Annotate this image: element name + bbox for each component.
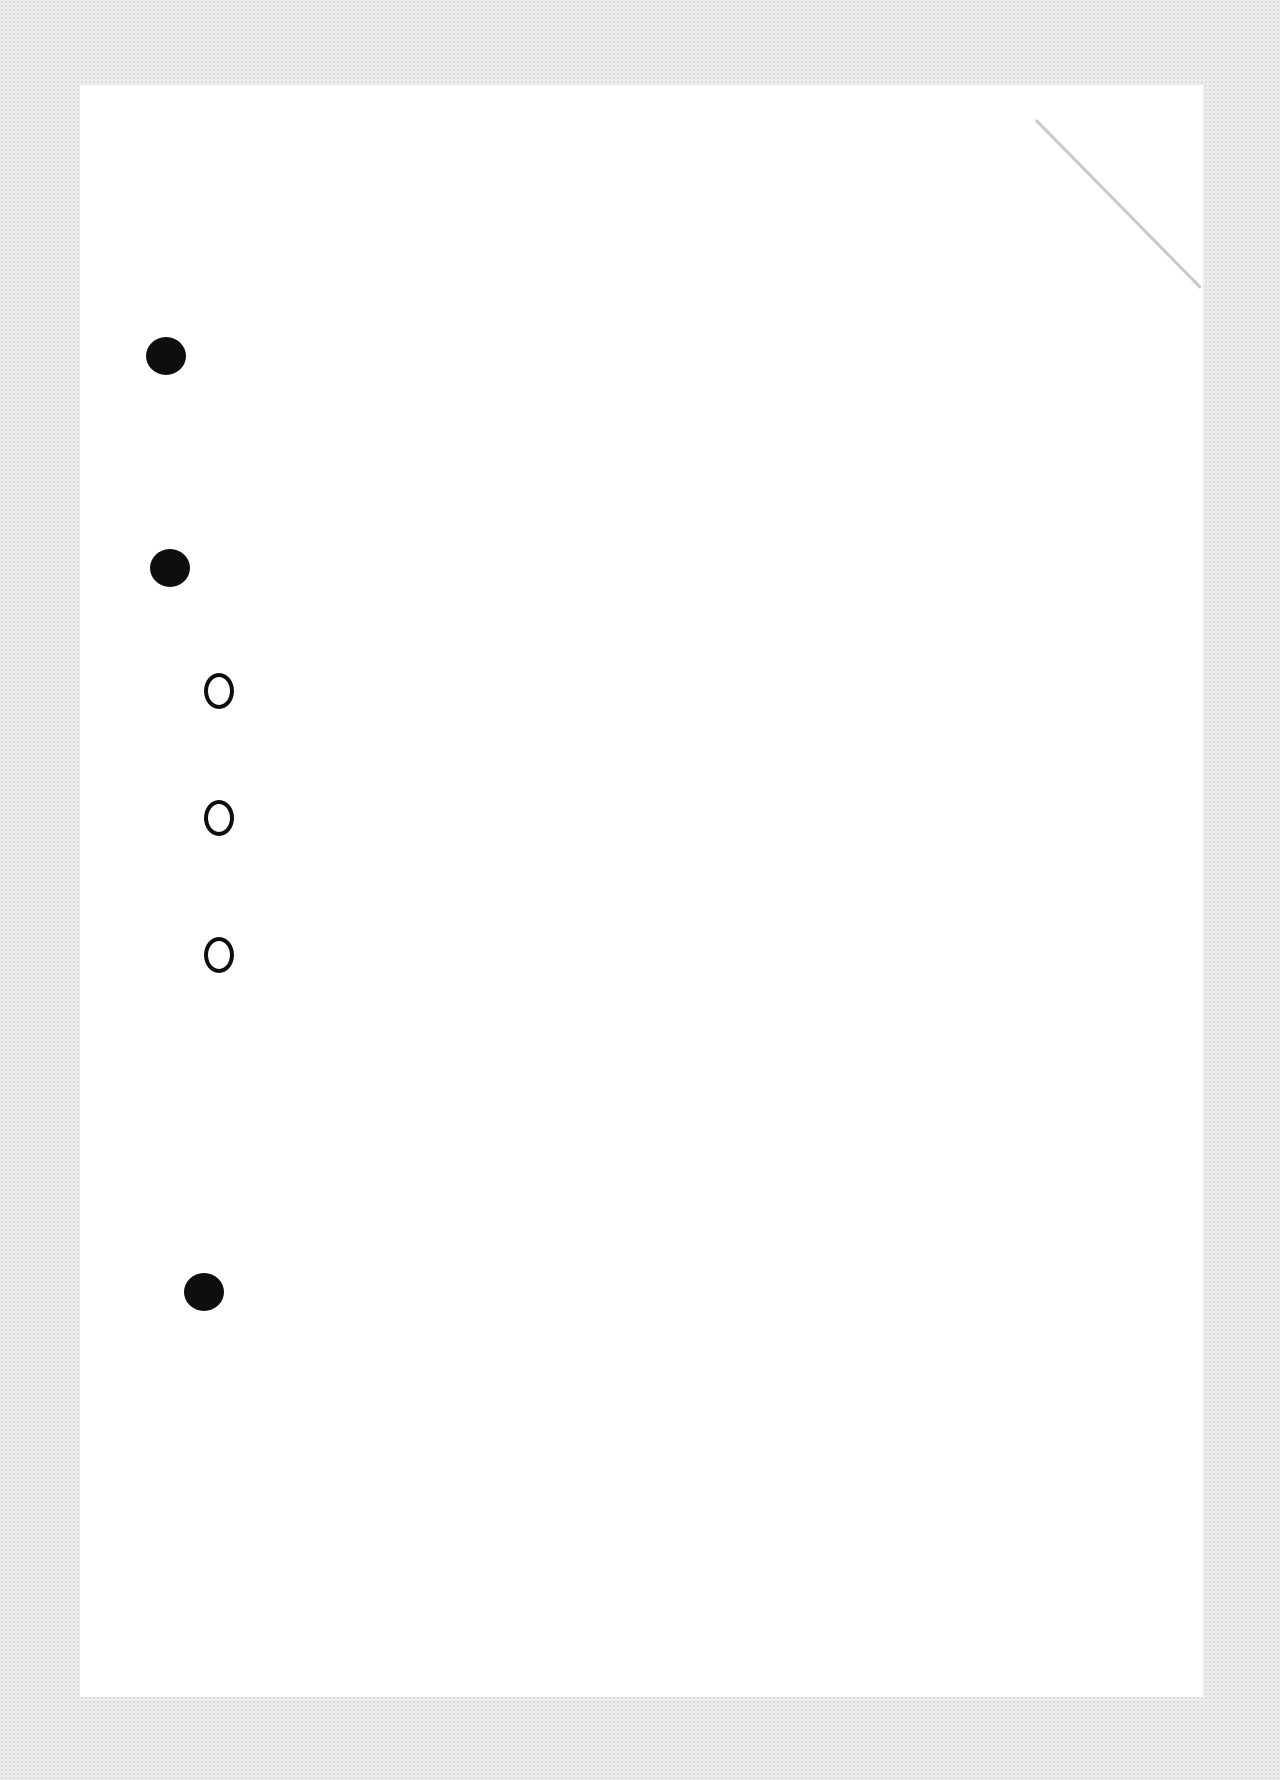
section-bullet-icon [150,549,190,587]
closing-line [1183,1633,1193,1670]
section-bullet-icon [184,1273,224,1311]
circle-bullet-icon [204,800,234,836]
document-page [80,85,1203,1697]
diagonal-line [1035,119,1202,289]
circle-bullet-icon [204,937,234,973]
circle-bullet-icon [204,673,234,709]
scanned-column-page: { "watermark": "COLUMN", "page_number": … [0,0,1280,1780]
section-bullet-icon [146,337,186,375]
